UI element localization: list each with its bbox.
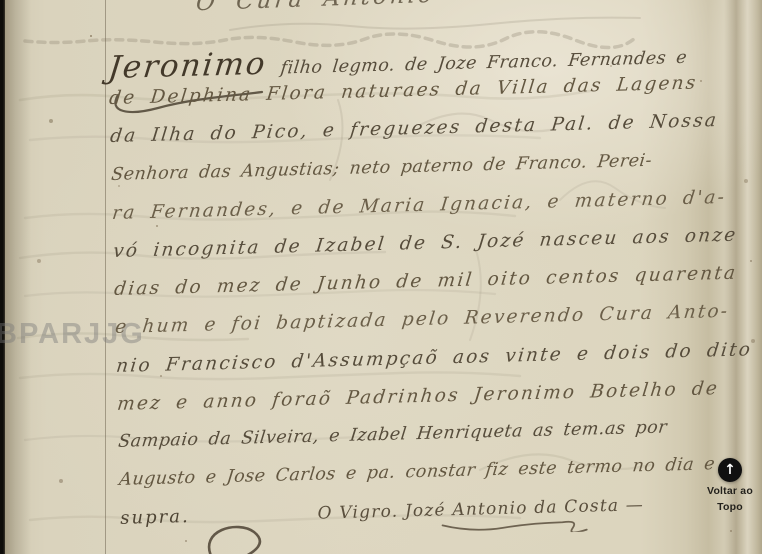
previous-record-partial-line: O Cura Antonio [195, 0, 437, 16]
arrow-up-icon: ↑ [724, 463, 736, 477]
back-to-top-label: Voltar ao Topo [707, 485, 753, 513]
back-to-top-button[interactable]: ↑ Voltar ao Topo [703, 458, 757, 514]
closing-word: supra. [120, 506, 190, 529]
signature-underline-flourish [438, 516, 588, 536]
back-to-top-circle: ↑ [718, 458, 742, 482]
record-initial-word: Jeronimo [106, 46, 268, 86]
back-to-top-label-line2: Topo [717, 501, 743, 513]
paper-specks [90, 35, 92, 37]
baptism-record-text: Jeronimo filho legmo. de Joze Franco. Fe… [108, 34, 741, 542]
manuscript-scan-page: O Cura Antonio BPARJJG Jeronimo filho le… [0, 0, 762, 554]
back-to-top-label-line1: Voltar ao [707, 485, 753, 497]
left-page-shading [5, 0, 31, 554]
